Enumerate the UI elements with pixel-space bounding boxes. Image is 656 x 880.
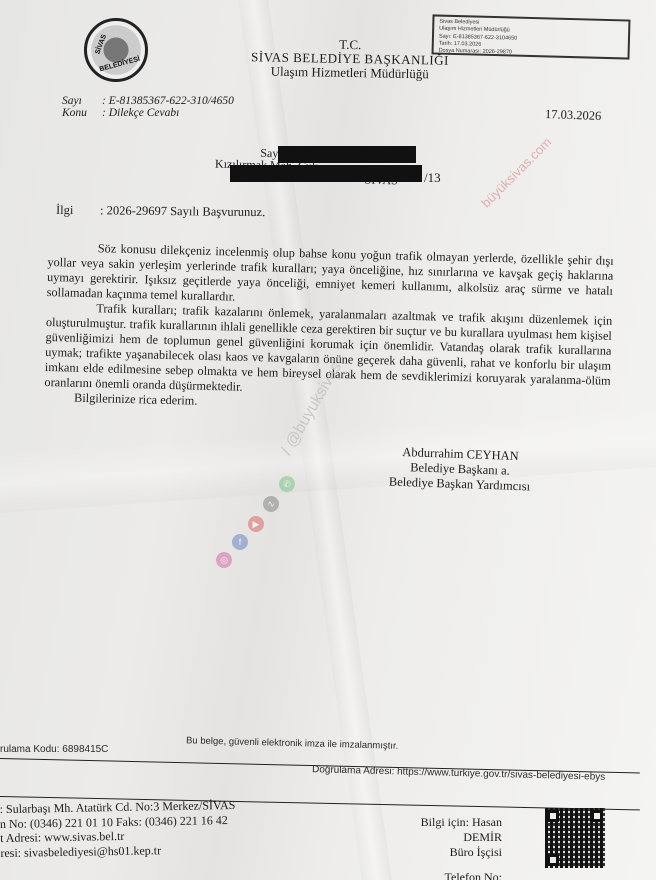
document-meta: Sayı: E-81385367-622-310/4650 Konu: Dile… <box>62 95 234 119</box>
konu-value: : Dilekçe Cevabı <box>102 107 179 119</box>
contact-role: Büro İşçisi <box>384 845 502 860</box>
e-signature-note: Bu belge, güvenli elektronik imza ile im… <box>186 735 398 752</box>
info-block: Bilgi için: Hasan DEMİR Büro İşçisi Tele… <box>384 815 502 880</box>
ilgi-value: : 2026-29697 Sayılı Başvurunuz. <box>100 203 265 219</box>
redaction-bar <box>230 165 422 182</box>
contact-block: : Sularbaşı Mh. Atatürk Cd. No:3 Merkez/… <box>0 798 236 860</box>
document-date: 17.03.2026 <box>545 107 602 124</box>
phone-label: Telefon No: <box>384 870 502 880</box>
contact-person: Bilgi için: Hasan DEMİR <box>384 815 502 845</box>
facebook-icon: f <box>232 534 248 550</box>
ilgi-label: İlgi <box>56 203 100 218</box>
youtube-icon: ▶ <box>248 516 264 532</box>
signature-block: Abdurrahim CEYHAN Belediye Başkanı a. Be… <box>379 444 540 495</box>
redaction-bar <box>278 146 416 163</box>
sayi-value: : E-81385367-622-310/4650 <box>102 95 234 107</box>
e-signature-footer: rulama Kodu: 6898415C Bu belge, güvenli … <box>0 738 656 798</box>
watermark-site: büyüksivas.com <box>478 134 554 210</box>
verification-url[interactable]: Doğrulama Adresi: https://www.turkiye.go… <box>312 764 605 783</box>
konu-label: Konu <box>62 107 102 119</box>
podcast-icon: ∿ <box>263 496 279 512</box>
document-stamp-box: Sivas Belediyesi Ulaşım Hizmetleri Müdür… <box>432 14 631 59</box>
sayi-label: Sayı <box>62 95 102 107</box>
whatsapp-icon: ✆ <box>279 476 295 492</box>
municipality-logo: SİVAS BELEDİYESİ <box>84 18 148 82</box>
qr-code <box>545 808 605 868</box>
verification-code: rulama Kodu: 6898415C <box>0 744 108 755</box>
recipient-number: /13 <box>424 170 441 186</box>
reference-line: İlgi: 2026-29697 Sayılı Başvurunuz. <box>56 203 265 220</box>
instagram-icon: ◎ <box>216 552 232 568</box>
